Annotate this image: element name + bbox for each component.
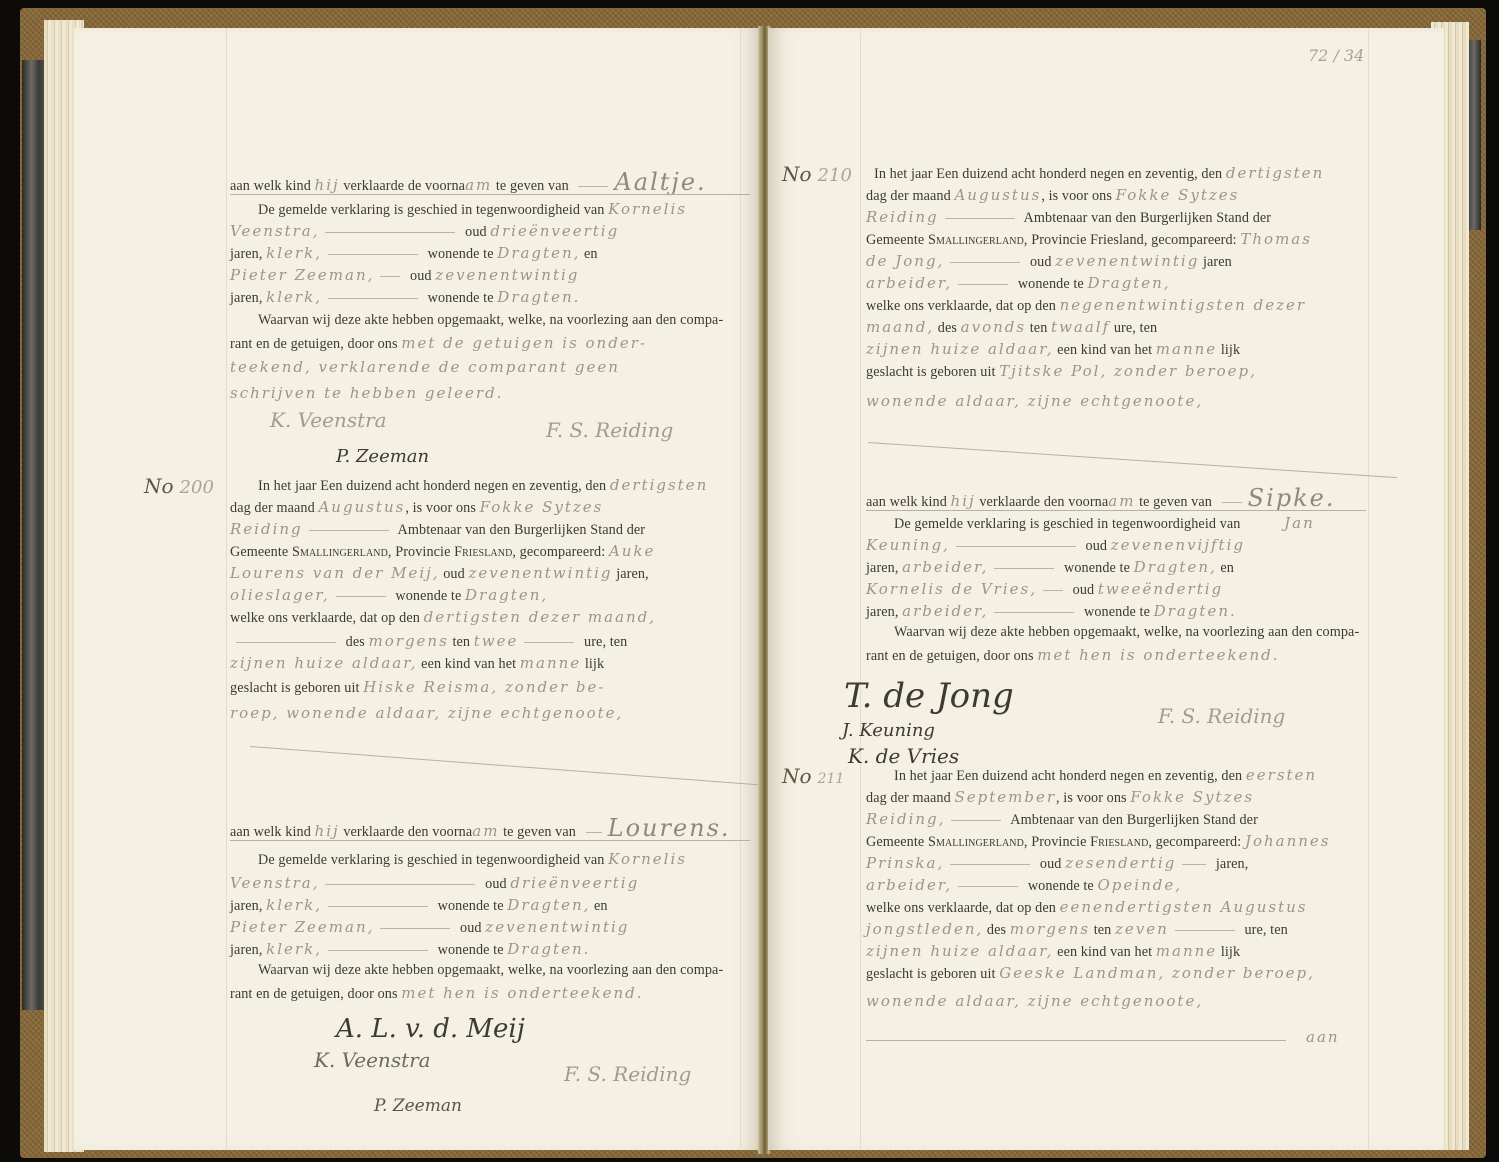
record-line: welke ons verklaarde, dat op den dertigs…: [230, 608, 656, 627]
signature: P. Zeeman: [374, 1096, 462, 1116]
record-line: roep, wonende aldaar, zijne echtgenoote,: [230, 704, 623, 723]
record-line: Gemeente Smallingerland, Provincie Fries…: [230, 542, 655, 561]
record-line: aan welk kind hij verklaarde den voornaa…: [866, 484, 1336, 512]
record-line: welke ons verklaarde, dat op den negenen…: [866, 296, 1306, 315]
record-line: dag der maand Augustus, is voor ons Fokk…: [866, 186, 1239, 205]
record-line: Keuning, oud zevenenvijftig: [866, 536, 1245, 555]
record-line: In het jaar Een duizend acht honderd neg…: [874, 164, 1324, 183]
record-line: welke ons verklaarde, dat op den eenende…: [866, 898, 1308, 917]
record-line: rant en de getuigen, door ons met hen is…: [866, 646, 1280, 665]
record-line: Veenstra, oud drieënveertig: [230, 222, 619, 241]
record-line: de Jong, oud zevenentwintig jaren: [866, 252, 1232, 271]
record-line: des morgens ten twee ure, ten: [230, 632, 627, 651]
signature: K. Veenstra: [270, 408, 387, 432]
record-line: Veenstra, oud drieënveertig: [230, 874, 639, 893]
divider: [866, 510, 1366, 511]
cancel-stroke: [250, 746, 808, 789]
signature: K. Veenstra: [314, 1048, 431, 1072]
child-name: Aaltje.: [614, 168, 706, 196]
record-line: Reiding Ambtenaar van den Burgerlijken S…: [866, 208, 1271, 227]
entry-number: No211: [782, 764, 844, 788]
child-name: Sipke.: [1248, 484, 1336, 512]
record-line: jaren, klerk, wonende te Dragten.: [230, 940, 590, 959]
record-line: geslacht is geboren uit Geeske Landman, …: [866, 964, 1315, 983]
record-line: Lourens van der Meij, oud zevenentwintig…: [230, 564, 649, 583]
record-line: Pieter Zeeman, oud zevenentwintig: [230, 918, 629, 937]
signature: F. S. Reiding: [1158, 704, 1285, 728]
margin-rule: [740, 28, 741, 1150]
signature: F. S. Reiding: [546, 418, 673, 442]
entry-number: No210: [782, 162, 852, 186]
record-line: teekend, verklarende de comparant geen: [230, 358, 620, 377]
record-line: Pieter Zeeman, oud zevenentwintig: [230, 266, 579, 285]
margin-rule: [860, 28, 861, 1150]
cancel-stroke: [868, 442, 1397, 478]
record-line: zijnen huize aldaar, een kind van het ma…: [866, 340, 1240, 359]
record-line: olieslager, wonende te Dragten,: [230, 586, 548, 605]
record-line: jaren, klerk, wonende te Dragten, en: [230, 896, 608, 915]
record-line: Gemeente Smallingerland, Provincie Fries…: [866, 230, 1312, 249]
record-line: jaren, klerk, wonende te Dragten.: [230, 288, 580, 307]
folio-number: 72 / 34: [1308, 46, 1364, 65]
record-line: geslacht is geboren uit Hiske Reisma, zo…: [230, 678, 605, 697]
catchword: aan: [1306, 1028, 1340, 1046]
signature: F. S. Reiding: [564, 1062, 691, 1086]
record-line: jongstleden, des morgens ten zeven ure, …: [866, 920, 1288, 939]
divider: [230, 840, 750, 841]
record-line: geslacht is geboren uit Tjitske Pol, zon…: [866, 362, 1257, 381]
record-line: Waarvan wij deze akte hebben opgemaakt, …: [894, 624, 1359, 641]
record-line: Reiding, Ambtenaar van den Burgerlijken …: [866, 810, 1258, 829]
signature: K. de Vries: [848, 744, 959, 768]
margin-rule: [1368, 28, 1369, 1150]
record-line: Waarvan wij deze akte hebben opgemaakt, …: [258, 312, 723, 329]
record-line: rant en de getuigen, door ons met de get…: [230, 334, 647, 353]
record-line: Waarvan wij deze akte hebben opgemaakt, …: [258, 962, 723, 979]
record-line: jaren, klerk, wonende te Dragten, en: [230, 244, 598, 263]
record-line: wonende aldaar, zijne echtgenoote,: [866, 992, 1203, 1011]
mother-name: Tjitske Pol, zonder beroep,: [999, 362, 1257, 380]
divider: [230, 194, 750, 195]
record-line: jaren, arbeider, wonende te Dragten.: [866, 602, 1237, 621]
record-line: zijnen huize aldaar, een kind van het ma…: [866, 942, 1240, 961]
signature: P. Zeeman: [336, 446, 429, 467]
signature: T. de Jong: [844, 676, 1014, 716]
margin-rule: [226, 28, 227, 1150]
record-line: In het jaar Een duizend acht honderd neg…: [258, 476, 708, 495]
record-line: De gemelde verklaring is geschied in teg…: [894, 514, 1315, 533]
signature: A. L. v. d. Meij: [336, 1014, 525, 1044]
record-line: De gemelde verklaring is geschied in teg…: [258, 850, 687, 869]
record-line: zijnen huize aldaar, een kind van het ma…: [230, 654, 604, 673]
record-line: arbeider, wonende te Opeinde,: [866, 876, 1182, 895]
record-line: Kornelis de Vries, oud tweeëndertig: [866, 580, 1223, 599]
right-page: 72 / 34 No210 In het jaar Een duizend ac…: [768, 28, 1444, 1150]
record-line: Gemeente Smallingerland, Provincie Fries…: [866, 832, 1330, 851]
record-line: aan welk kind hij verklaarde de voornaam…: [230, 168, 707, 196]
left-page: aan welk kind hij verklaarde de voornaam…: [74, 28, 760, 1150]
record-line: dag der maand September, is voor ons Fok…: [866, 788, 1254, 807]
signature: J. Keuning: [842, 720, 935, 741]
record-line: dag der maand Augustus, is voor ons Fokk…: [230, 498, 603, 517]
mother-name: Hiske Reisma, zonder be-: [363, 678, 605, 696]
record-line: Reiding Ambtenaar van den Burgerlijken S…: [230, 520, 645, 539]
record-line: wonende aldaar, zijne echtgenoote,: [866, 392, 1203, 411]
marbled-board-left: [22, 60, 46, 1010]
record-line: In het jaar Een duizend acht honderd neg…: [894, 766, 1317, 785]
record-line: jaren, arbeider, wonende te Dragten, en: [866, 558, 1234, 577]
record-line: rant en de getuigen, door ons met hen is…: [230, 984, 644, 1003]
entry-number: No200: [144, 474, 214, 498]
mother-name: Geeske Landman, zonder beroep,: [999, 964, 1315, 982]
marbled-board-right: [1467, 40, 1481, 230]
record-line: aan welk kind hij verklaarde den voornaa…: [230, 814, 731, 842]
child-name: Lourens.: [608, 814, 731, 842]
record-line: Prinska, oud zesendertig jaren,: [866, 854, 1248, 873]
record-line: arbeider, wonende te Dragten,: [866, 274, 1171, 293]
divider: [866, 1040, 1286, 1041]
record-line: De gemelde verklaring is geschied in teg…: [258, 200, 687, 219]
record-line: maand, des avonds ten twaalf ure, ten: [866, 318, 1157, 337]
record-line: schrijven te hebben geleerd.: [230, 384, 503, 403]
